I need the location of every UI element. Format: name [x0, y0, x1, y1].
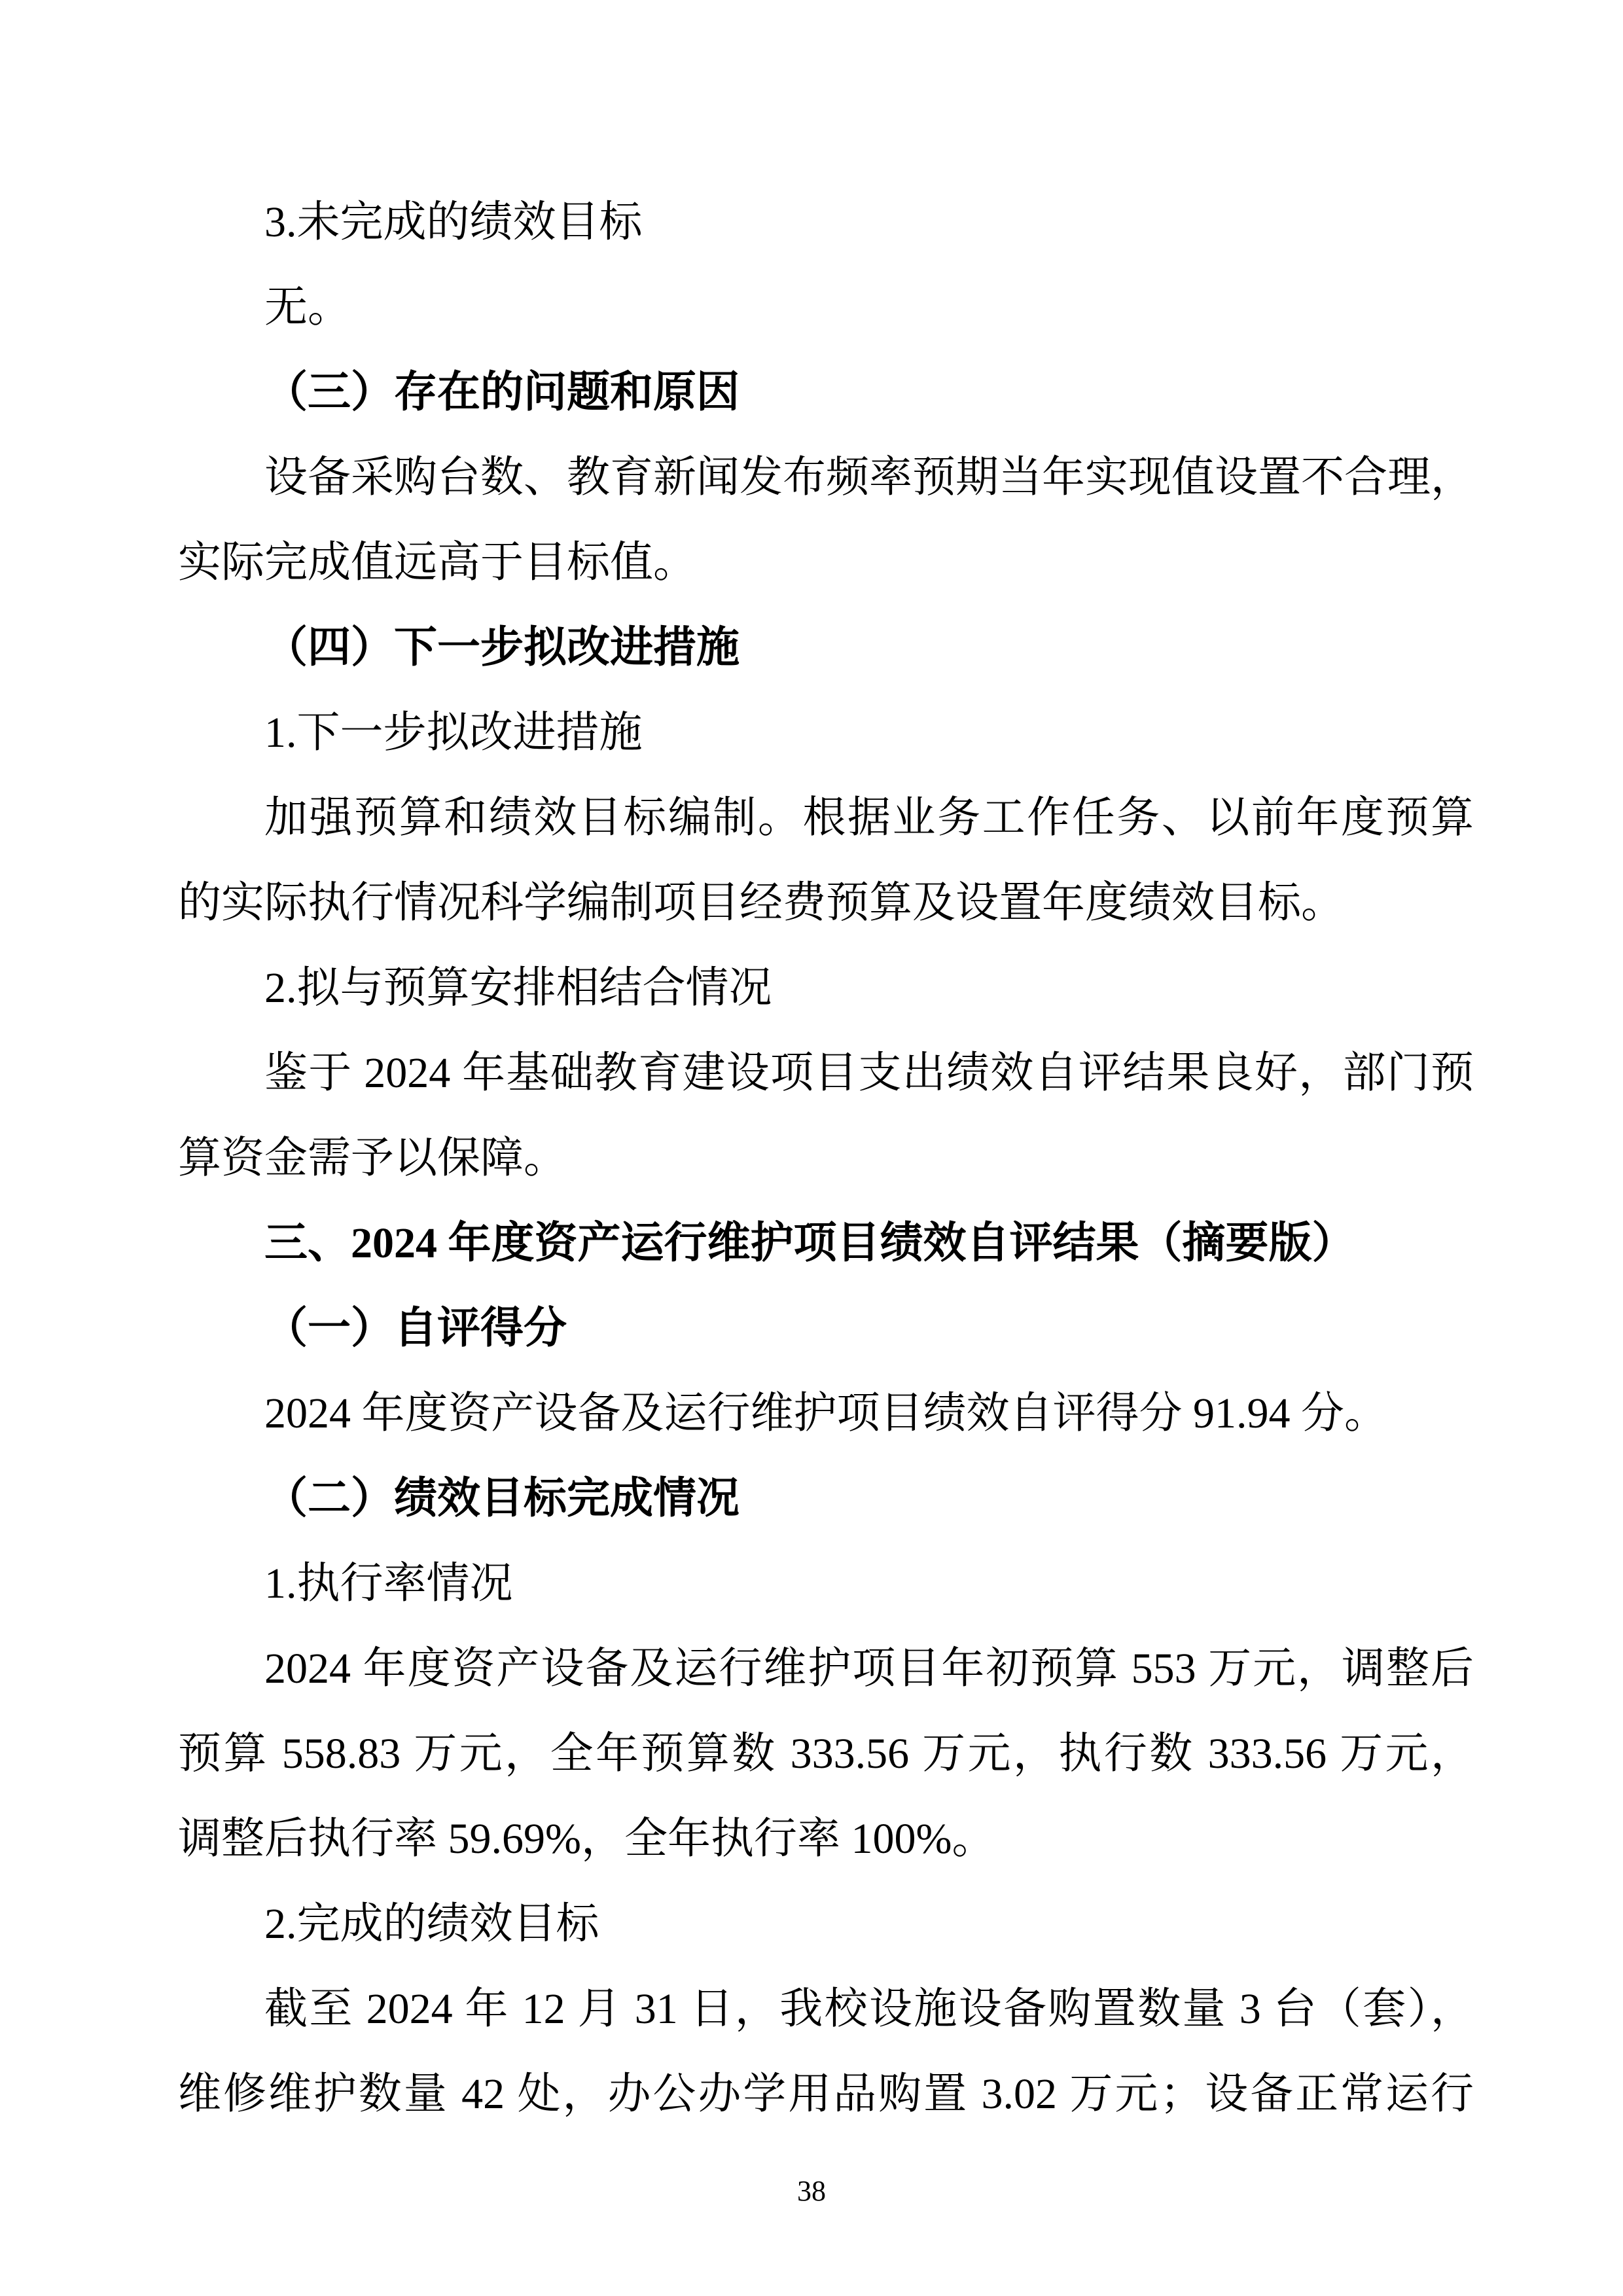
page-number: 38 — [797, 2175, 826, 2207]
body-execution-rate-line-1: 2024 年度资产设备及运行维护项目年初预算 553 万元，调整后 — [178, 1626, 1474, 1712]
chapter-heading-asset-maintenance-results: 三、2024 年度资产运行维护项目绩效自评结果（摘要版） — [178, 1201, 1474, 1286]
body-completed-goals-line-2: 维修维护数量 42 处，办公办学用品购置 3.02 万元；设备正常运行 — [178, 2052, 1474, 2137]
subheading-next-step-measures-item-1: 1.下一步拟改进措施 — [178, 691, 1474, 776]
document-body: 3.未完成的绩效目标 无。 （三）存在的问题和原因 设备采购台数、教育新闻发布频… — [178, 180, 1474, 2137]
document-page: 3.未完成的绩效目标 无。 （三）存在的问题和原因 设备采购台数、教育新闻发布频… — [0, 0, 1623, 2296]
subheading-goal-completion: （二）绩效目标完成情况 — [178, 1456, 1474, 1541]
body-execution-rate-line-3: 调整后执行率 59.69%，全年执行率 100%。 — [178, 1797, 1474, 1882]
subheading-unfinished-goals: 3.未完成的绩效目标 — [178, 180, 1474, 265]
body-execution-rate-line-2: 预算 558.83 万元，全年预算数 333.56 万元，执行数 333.56 … — [178, 1712, 1474, 1797]
subheading-execution-rate-item-1: 1.执行率情况 — [178, 1541, 1474, 1626]
body-measures-line-1: 加强预算和绩效目标编制。根据业务工作任务、以前年度预算 — [178, 776, 1474, 861]
subheading-next-step-measures: （四）下一步拟改进措施 — [178, 605, 1474, 691]
body-completed-goals-line-1: 截至 2024 年 12 月 31 日，我校设施设备购置数量 3 台（套）， — [178, 1967, 1474, 2052]
body-problems-line-1: 设备采购台数、教育新闻发布频率预期当年实现值设置不合理， — [178, 435, 1474, 520]
subheading-problems-and-causes: （三）存在的问题和原因 — [178, 350, 1474, 435]
page-footer: 38 — [0, 2174, 1623, 2208]
body-self-evaluation-score: 2024 年度资产设备及运行维护项目绩效自评得分 91.94 分。 — [178, 1371, 1474, 1456]
subheading-completed-goals-item-2: 2.完成的绩效目标 — [178, 1882, 1474, 1967]
body-budget-combination-line-2: 算资金需予以保障。 — [178, 1116, 1474, 1201]
body-none: 无。 — [178, 265, 1474, 350]
body-measures-line-2: 的实际执行情况科学编制项目经费预算及设置年度绩效目标。 — [178, 861, 1474, 946]
body-budget-combination-line-1: 鉴于 2024 年基础教育建设项目支出绩效自评结果良好，部门预 — [178, 1031, 1474, 1116]
body-problems-line-2: 实际完成值远高于目标值。 — [178, 520, 1474, 605]
subheading-self-evaluation-score: （一）自评得分 — [178, 1286, 1474, 1371]
subheading-budget-combination-item-2: 2.拟与预算安排相结合情况 — [178, 946, 1474, 1031]
